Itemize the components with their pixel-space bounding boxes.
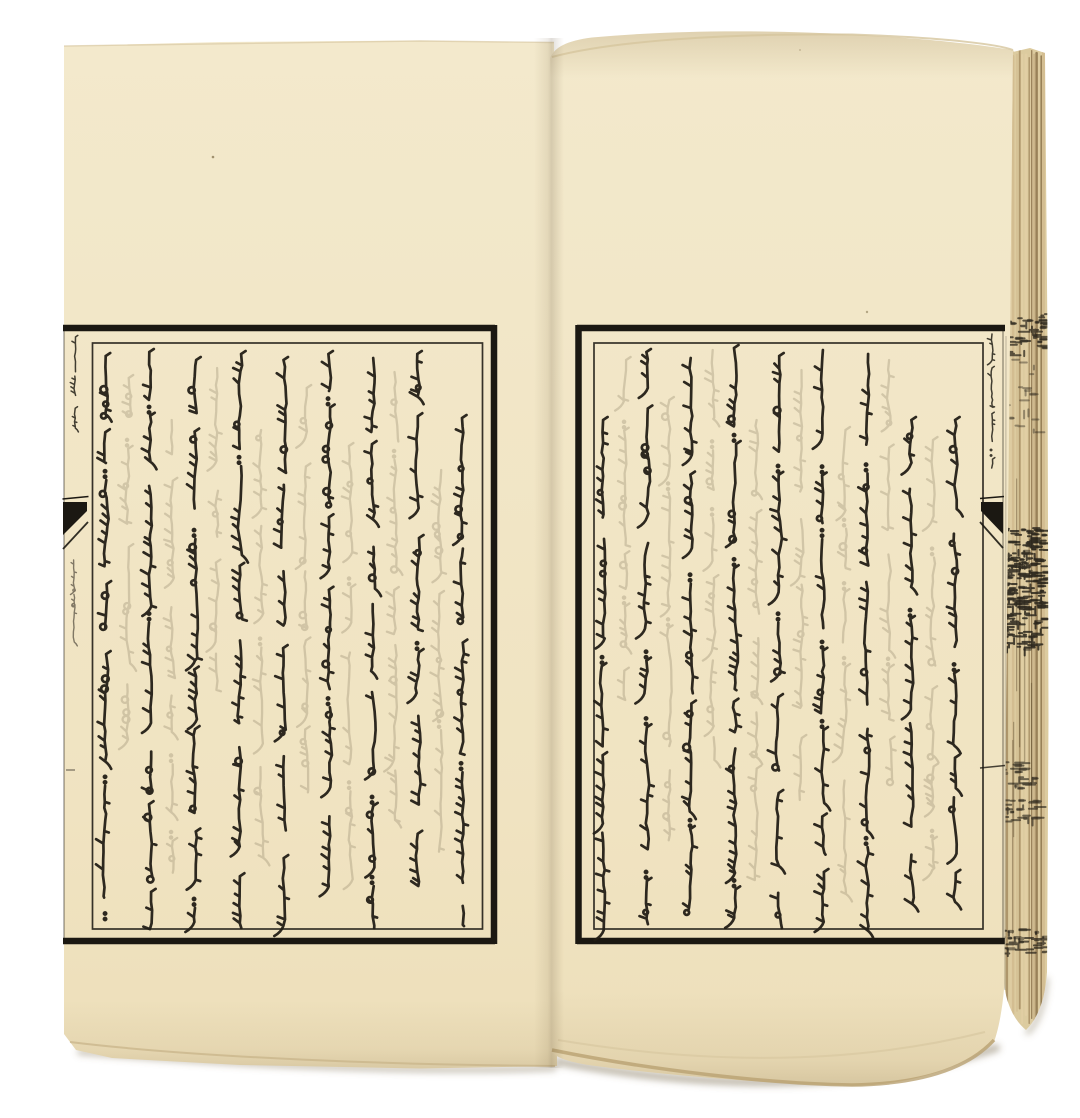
right-page-top-shading [550, 30, 1016, 78]
photograph-stage [0, 0, 1080, 1118]
gutter-shadow [534, 38, 564, 1068]
fore-edge-inner-shadow [1005, 336, 1006, 990]
paper-speck [212, 156, 215, 159]
paper-speck [866, 311, 868, 313]
left-page [60, 41, 560, 1071]
paper-speck [799, 49, 801, 51]
book-photograph [0, 0, 1080, 1118]
right-page [548, 30, 1018, 1090]
